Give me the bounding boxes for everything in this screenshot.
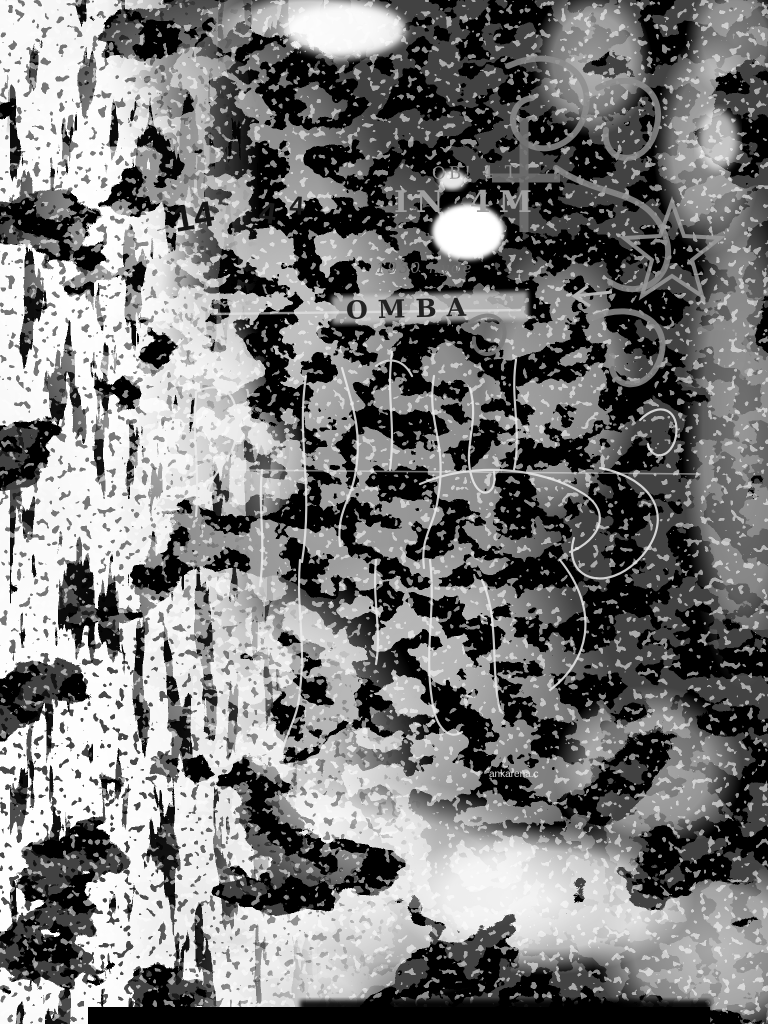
watermark-text: ankarena.c [489, 769, 538, 780]
date-scrawl-text: 1930 hyde [376, 259, 474, 277]
stencil-number-left: 14 [170, 193, 217, 240]
band-text: OMBA [346, 293, 477, 325]
grunge-texture-canvas: OB! 4 T IN 4M 1930 hyde OMBA 14 4 4 anka… [0, 0, 768, 1024]
grunge-texture-photo: OB! 4 T IN 4M 1930 hyde OMBA 14 4 4 anka… [0, 0, 768, 1024]
poster-text-line1: OB! 4 T [432, 162, 520, 184]
fine-black-speckle-layer [0, 0, 768, 1024]
stencil-number-right: 4 [289, 190, 306, 221]
poster-text-line2: IN 4M [394, 185, 540, 220]
